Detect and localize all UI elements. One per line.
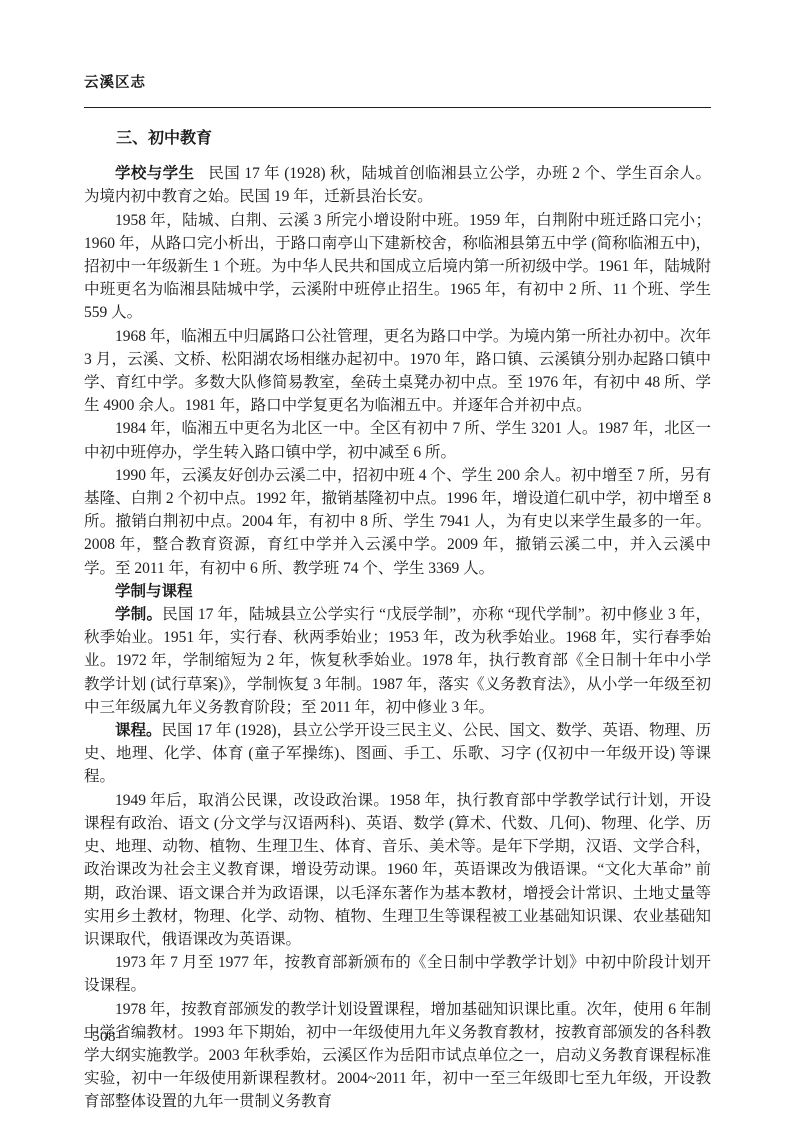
- paragraph-text: 1990 年，云溪友好创办云溪二中，招初中班 4 个、学生 200 余人。初中增…: [84, 467, 711, 577]
- paragraph: 1990 年，云溪友好创办云溪二中，招初中班 4 个、学生 200 余人。初中增…: [84, 464, 711, 580]
- paragraph: 学校与学生民国 17 年 (1928) 秋，陆城首创临湘县立公学，办班 2 个、…: [84, 162, 711, 208]
- paragraph-text: 1973 年 7 月至 1977 年，按教育部新颁布的《全日制中学教学计划》中初…: [84, 954, 711, 994]
- document-page: 云溪区志 三、初中教育 学校与学生民国 17 年 (1928) 秋，陆城首创临湘…: [0, 0, 793, 1122]
- paragraph: 课程。民国 17 年 (1928)，县立公学开设三民主义、公民、国文、数学、英语…: [84, 719, 711, 789]
- paragraph: 1978 年，按教育部颁发的教学计划设置课程，增加基础知识课比重。次年，使用 6…: [84, 998, 711, 1114]
- paragraph: 1984 年，临湘五中更名为北区一中。全区有初中 7 所、学生 3201 人。1…: [84, 417, 711, 463]
- section-heading: 三、初中教育: [84, 126, 711, 149]
- paragraph-text: 1978 年，按教育部颁发的教学计划设置课程，增加基础知识课比重。次年，使用 6…: [84, 1001, 711, 1111]
- page-number: –508–: [84, 1029, 124, 1046]
- book-title: 云溪区志: [84, 71, 146, 92]
- header-rule: [84, 107, 711, 108]
- paragraph-text: 1958 年，陆城、白荆、云溪 3 所完小增设附中班。1959 年，白荆附中班迁…: [84, 212, 711, 322]
- paragraph-text: 1949 年后，取消公民课，改设政治课。1958 年，执行教育部中学教学试行计划…: [84, 792, 711, 948]
- paragraph-text: 民国 17 年 (1928)，县立公学开设三民主义、公民、国文、数学、英语、物理…: [84, 722, 711, 785]
- paragraph-lead: 学制。: [115, 606, 162, 623]
- page-content: 三、初中教育 学校与学生民国 17 年 (1928) 秋，陆城首创临湘县立公学，…: [84, 126, 711, 1114]
- paragraph: 1958 年，陆城、白荆、云溪 3 所完小增设附中班。1959 年，白荆附中班迁…: [84, 209, 711, 325]
- paragraph: 1949 年后，取消公民课，改设政治课。1958 年，执行教育部中学教学试行计划…: [84, 789, 711, 951]
- paragraph-text: 1984 年，临湘五中更名为北区一中。全区有初中 7 所、学生 3201 人。1…: [84, 420, 711, 460]
- paragraph-lead: 课程。: [115, 722, 162, 739]
- paragraph: 1968 年，临湘五中归属路口公社管理，更名为路口中学。为境内第一所社办初中。次…: [84, 325, 711, 418]
- paragraph-text: 民国 17 年，陆城县立公学实行 “戊辰学制”，亦称 “现代学制”。初中修业 3…: [84, 606, 711, 716]
- paragraph-lead: 学校与学生: [115, 165, 194, 182]
- subsection-heading: 学制与课程: [84, 580, 711, 603]
- paragraph-text: 1968 年，临湘五中归属路口公社管理，更名为路口中学。为境内第一所社办初中。次…: [84, 328, 711, 415]
- paragraph: 1973 年 7 月至 1977 年，按教育部新颁布的《全日制中学教学计划》中初…: [84, 951, 711, 997]
- paragraph: 学制。民国 17 年，陆城县立公学实行 “戊辰学制”，亦称 “现代学制”。初中修…: [84, 603, 711, 719]
